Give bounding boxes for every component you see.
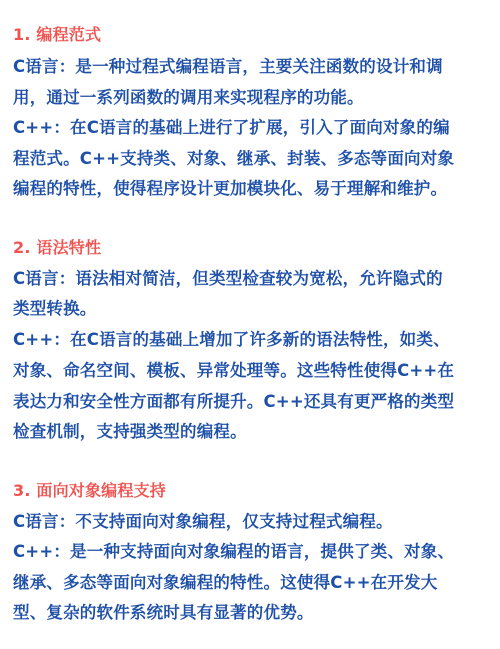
paragraph-line: 表达力和安全性方面都有所提升。C++还具有更严格的类型 bbox=[13, 391, 454, 413]
paragraph-line: C++：在C语言的基础上进行了扩展，引入了面向对象的编 bbox=[13, 117, 450, 139]
section-title: 3. 面向对象编程支持 bbox=[13, 480, 166, 502]
paragraph-line: 用，通过一系列函数的调用来实现程序的功能。 bbox=[13, 87, 364, 109]
paragraph-line: 检查机制，支持强类型的编程。 bbox=[13, 421, 247, 443]
paragraph-line: C++：在C语言的基础上增加了许多新的语法特性，如类、 bbox=[13, 329, 450, 351]
paragraph-line: 型、复杂的软件系统时具有显著的优势。 bbox=[13, 602, 314, 624]
section-title: 2. 语法特性 bbox=[13, 237, 101, 259]
paragraph-line: C语言：不支持面向对象编程，仅支持过程式编程。 bbox=[13, 511, 393, 533]
paragraph-line: C语言：语法相对简洁，但类型检查较为宽松，允许隐式的 bbox=[13, 268, 443, 290]
paragraph-line: C语言：是一种过程式编程语言，主要关注函数的设计和调 bbox=[13, 56, 443, 78]
paragraph-line: 类型转换。 bbox=[13, 298, 97, 320]
paragraph-line: 对象、命名空间、模板、异常处理等。这些特性使得C++在 bbox=[13, 360, 454, 382]
paragraph-line: 程范式。C++支持类、对象、继承、封装、多态等面向对象 bbox=[13, 148, 454, 170]
paragraph-line: 继承、多态等面向对象编程的特性。这使得C++在开发大 bbox=[13, 572, 437, 594]
paragraph-line: C++：是一种支持面向对象编程的语言，提供了类、对象、 bbox=[13, 541, 454, 563]
section-title: 1. 编程范式 bbox=[13, 24, 101, 46]
paragraph-line: 编程的特性，使得程序设计更加模块化、易于理解和维护。 bbox=[13, 178, 447, 200]
